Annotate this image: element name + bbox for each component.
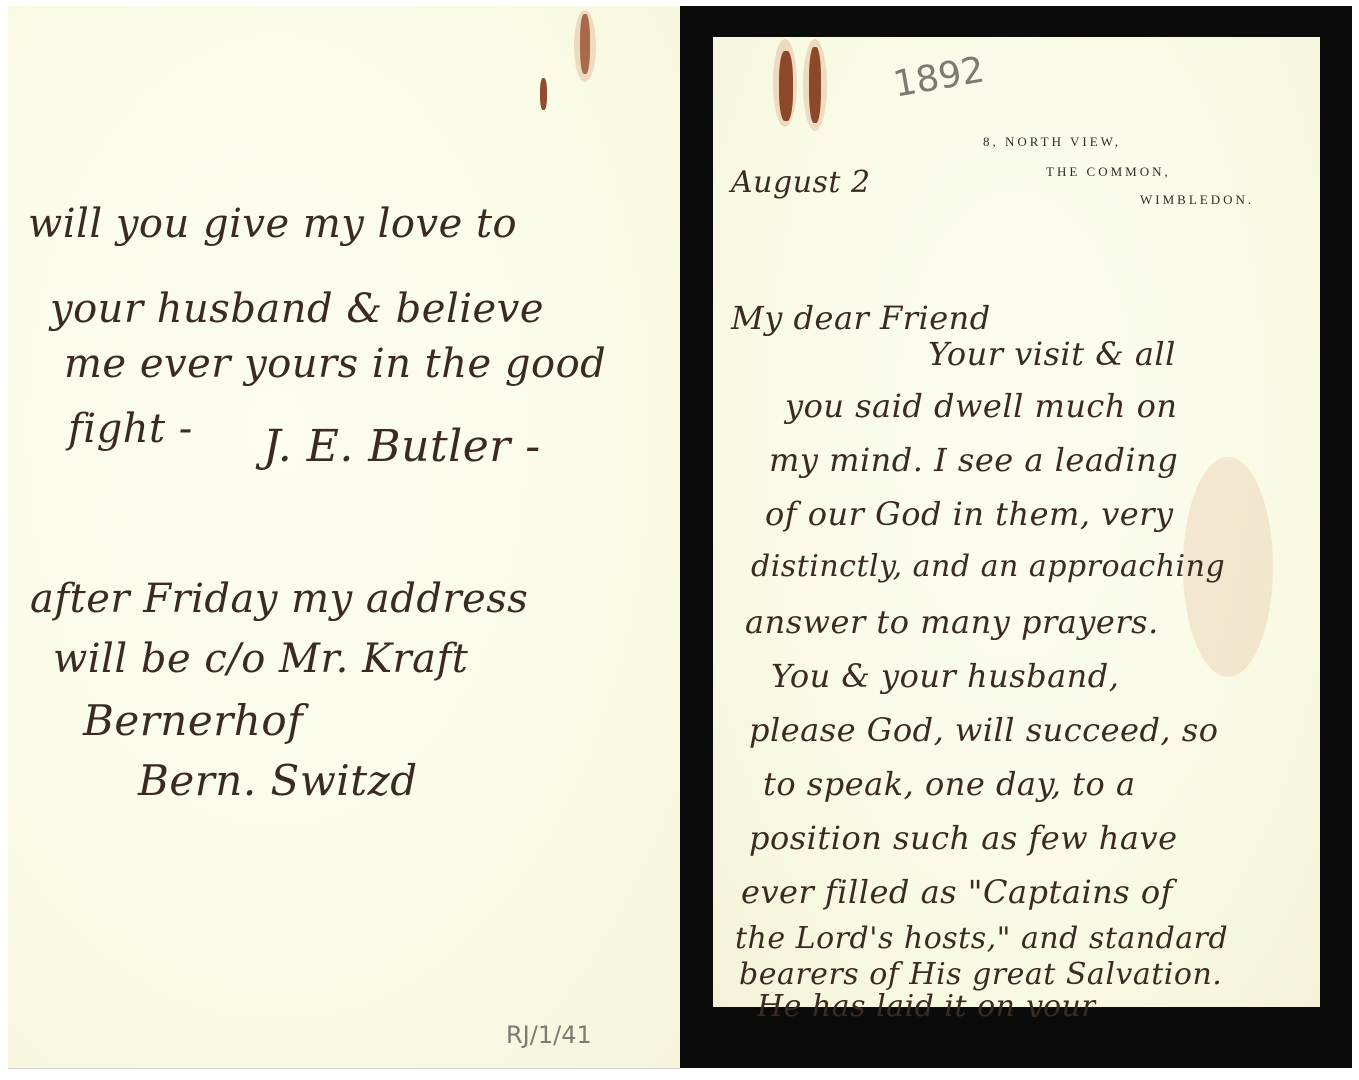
letter-line: fight - [68, 406, 193, 452]
letterhead-line-2: THE COMMON, [1046, 164, 1171, 180]
letterhead-line-3: WIMBLEDON. [1140, 192, 1254, 208]
signature: J. E. Butler - [263, 421, 541, 472]
right-page: 1892 8, NORTH VIEW, THE COMMON, WIMBLEDO… [680, 6, 1352, 1068]
salutation: My dear Friend [731, 299, 991, 337]
letterhead-line-1: 8, NORTH VIEW, [983, 134, 1121, 150]
postscript-line: Bernerhof [83, 696, 303, 745]
letter-date: August 2 [731, 165, 871, 200]
letter-line: ever filled as "Captains of [741, 873, 1173, 911]
postscript-line: after Friday my address [30, 576, 528, 622]
letter-line: the Lord's hosts," and standard [735, 921, 1228, 956]
rust-stain-halo [574, 10, 596, 82]
letter-line: will you give my love to [28, 201, 517, 247]
postscript-line: Bern. Switzd [138, 756, 418, 805]
rust-stain [779, 51, 793, 121]
letter-line: please God, will succeed, so [749, 711, 1218, 749]
letter-line: position such as few have [749, 819, 1178, 857]
letter-line: you said dwell much on [785, 387, 1178, 425]
right-page-paper: 1892 8, NORTH VIEW, THE COMMON, WIMBLEDO… [713, 37, 1320, 1007]
letter-line: distinctly, and an approaching [751, 549, 1225, 584]
pencil-year: 1892 [890, 49, 987, 105]
letter-line: me ever yours in the good [64, 341, 606, 387]
letter-line: bearers of His great Salvation. [739, 957, 1222, 992]
postscript-line: will be c/o Mr. Kraft [53, 636, 468, 682]
rust-stain [540, 78, 547, 110]
archive-reference: RJ/1/41 [506, 1021, 592, 1049]
rust-stain [809, 47, 821, 123]
letter-line: He has laid it on your [757, 989, 1096, 1024]
letter-line: answer to many prayers. [745, 603, 1159, 641]
letter-line: Your visit & all [928, 335, 1176, 373]
letter-line: You & your husband, [771, 657, 1119, 695]
letter-line: my mind. I see a leading [769, 441, 1178, 479]
letter-line: of our God in them, very [765, 495, 1174, 533]
letter-line: to speak, one day, to a [763, 765, 1136, 803]
letter-line: your husband & believe [50, 286, 544, 332]
left-page: will you give my love to your husband & … [8, 6, 680, 1068]
